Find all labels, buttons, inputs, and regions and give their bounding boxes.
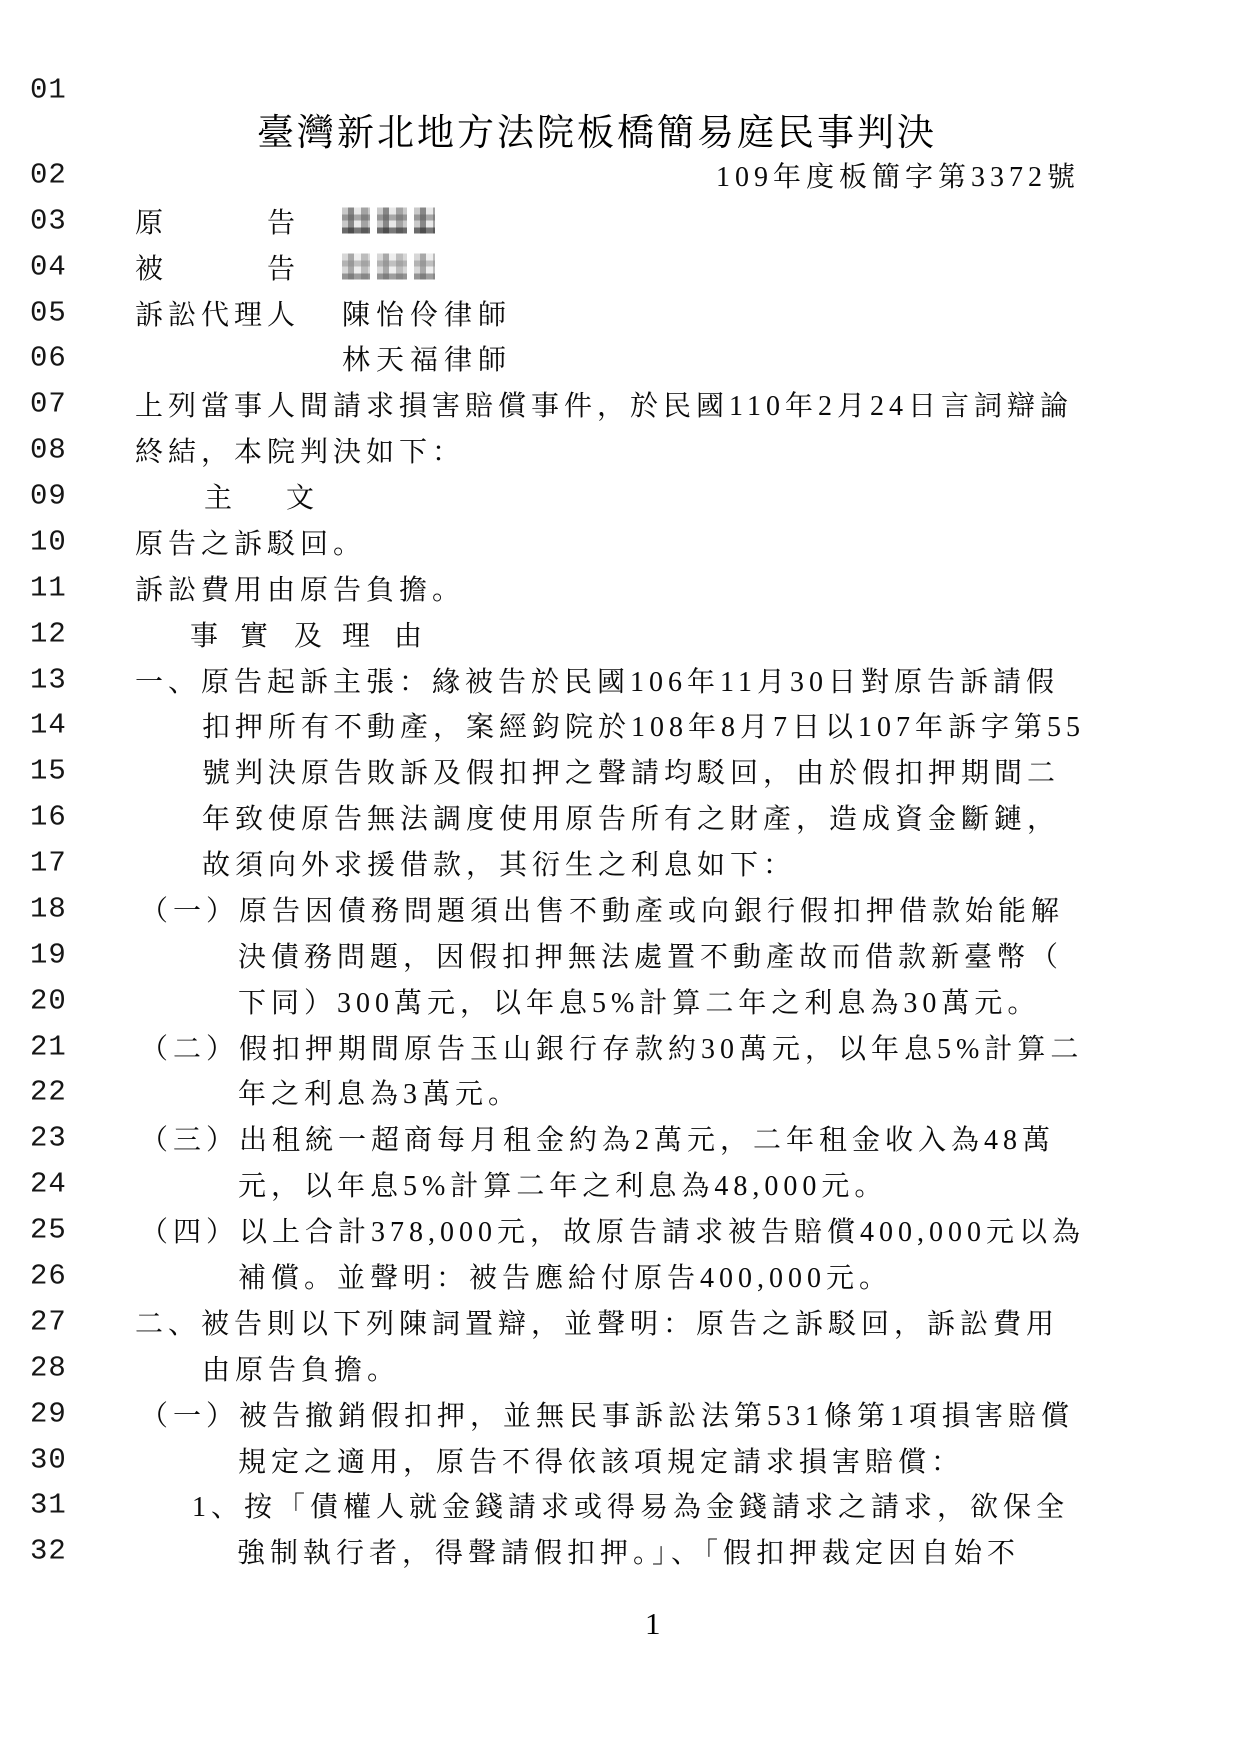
body-text: （三）出租統一超商每月租金約為2萬元，二年租金收入為48萬 <box>140 1118 1055 1158</box>
party-role-label: 訴訟代理人 <box>135 293 300 333</box>
document-line: 01臺灣新北地方法院板橋簡易庭民事判決 <box>0 106 1240 152</box>
page-number: 1 <box>645 1606 661 1642</box>
line-number: 25 <box>30 1214 67 1247</box>
body-text: 補償。並聲明：被告應給付原告400,000元。 <box>238 1256 892 1296</box>
document-line: 06林天福律師 <box>0 335 1240 381</box>
section-heading-char: 及 <box>294 614 322 654</box>
redacted-name <box>342 254 442 281</box>
body-text: 訴訟費用由原告負擔。 <box>135 568 465 608</box>
line-number: 15 <box>30 755 67 788</box>
line-number: 09 <box>30 480 67 513</box>
document-line: 30規定之適用，原告不得依該項規定請求損害賠償： <box>0 1437 1240 1483</box>
line-number: 23 <box>30 1122 67 1155</box>
document-line: 28由原告負擔。 <box>0 1345 1240 1391</box>
body-text: 決債務問題，因假扣押無法處置不動產故而借款新臺幣（ <box>238 935 1063 975</box>
party-name: 林天福律師 <box>342 338 512 378</box>
document-line: 22年之利息為3萬元。 <box>0 1069 1240 1115</box>
document-line: 311、按「債權人就金錢請求或得易為金錢請求之請求，欲保全 <box>0 1482 1240 1528</box>
line-number: 19 <box>30 939 67 972</box>
document-line: 16年致使原告無法調度使用原告所有之財產，造成資金斷鏈， <box>0 794 1240 840</box>
pixelated-block <box>414 254 435 280</box>
redacted-name <box>342 208 442 235</box>
line-number: 24 <box>30 1168 67 1201</box>
party-role-label: 原 告 <box>135 201 300 241</box>
body-text: （四）以上合計378,000元，故原告請求被告賠償400,000元以為 <box>140 1210 1085 1250</box>
document-line: 09主文 <box>0 473 1240 519</box>
document-line: 07上列當事人間請求損害賠償事件，於民國110年2月24日言詞辯論 <box>0 381 1240 427</box>
document-line: 05訴訟代理人陳怡伶律師 <box>0 290 1240 336</box>
body-text: （一）原告因債務問題須出售不動產或向銀行假扣押借款始能解 <box>140 889 1064 929</box>
line-number: 20 <box>30 985 67 1018</box>
line-number: 01 <box>30 74 67 107</box>
body-text: 由原告負擔。 <box>202 1348 400 1388</box>
body-text: 元，以年息5%計算二年之利息為48,000元。 <box>238 1164 887 1204</box>
line-number: 12 <box>30 618 67 651</box>
section-heading-char: 實 <box>240 614 268 654</box>
body-text: 規定之適用，原告不得依該項規定請求損害賠償： <box>238 1440 964 1480</box>
body-text: 終結，本院判決如下： <box>135 430 465 470</box>
document-line: 27二、被告則以下列陳詞置辯，並聲明：原告之訴駁回，訴訟費用 <box>0 1299 1240 1345</box>
line-number: 11 <box>30 572 67 605</box>
line-number: 31 <box>30 1489 67 1522</box>
line-number: 05 <box>30 297 67 330</box>
line-number: 16 <box>30 801 67 834</box>
line-number: 29 <box>30 1398 67 1431</box>
line-number: 13 <box>30 664 67 697</box>
section-heading-char: 理 <box>342 614 370 654</box>
line-number: 04 <box>30 251 67 284</box>
document-line: 11訴訟費用由原告負擔。 <box>0 565 1240 611</box>
case-number: 109年度板簡字第3372號 <box>716 155 1080 195</box>
line-number: 28 <box>30 1352 67 1385</box>
line-number: 21 <box>30 1031 67 1064</box>
section-heading-char: 事 <box>190 614 218 654</box>
line-number: 18 <box>30 893 67 926</box>
document-line: 20下同）300萬元，以年息5%計算二年之利息為30萬元。 <box>0 978 1240 1024</box>
document-line: 08終結，本院判決如下： <box>0 427 1240 473</box>
body-text: （一）被告撤銷假扣押，並無民事訴訟法第531條第1項損害賠償 <box>140 1394 1074 1434</box>
party-name: 陳怡伶律師 <box>342 293 512 333</box>
document-line: 32強制執行者，得聲請假扣押。」、「假扣押裁定因自始不 <box>0 1528 1240 1574</box>
document-line: 29（一）被告撤銷假扣押，並無民事訴訟法第531條第1項損害賠償 <box>0 1391 1240 1437</box>
document-line: 17故須向外求援借款，其衍生之利息如下： <box>0 840 1240 886</box>
document-line: 26補償。並聲明：被告應給付原告400,000元。 <box>0 1253 1240 1299</box>
document-line: 10原告之訴駁回。 <box>0 519 1240 565</box>
body-text: 二、被告則以下列陳詞置辯，並聲明：原告之訴駁回，訴訟費用 <box>135 1302 1059 1342</box>
judgment-title: 臺灣新北地方法院板橋簡易庭民事判決 <box>257 102 937 156</box>
body-text: 上列當事人間請求損害賠償事件，於民國110年2月24日言詞辯論 <box>135 384 1073 424</box>
document-line: 02109年度板簡字第3372號 <box>0 152 1240 198</box>
body-text: （二）假扣押期間原告玉山銀行存款約30萬元，以年息5%計算二 <box>140 1027 1083 1067</box>
pixelated-block <box>342 208 370 234</box>
line-number: 32 <box>30 1535 67 1568</box>
body-text: 1、按「債權人就金錢請求或得易為金錢請求之請求，欲保全 <box>192 1485 1069 1525</box>
body-text: 年致使原告無法調度使用原告所有之財產，造成資金斷鏈， <box>202 797 1060 837</box>
document-line: 21（二）假扣押期間原告玉山銀行存款約30萬元，以年息5%計算二 <box>0 1024 1240 1070</box>
body-text: 強制執行者，得聲請假扣押。」、「假扣押裁定因自始不 <box>237 1531 1020 1571</box>
body-text: 下同）300萬元，以年息5%計算二年之利息為30萬元。 <box>238 981 1040 1021</box>
section-heading-char: 文 <box>286 476 314 516</box>
party-role-label: 被 告 <box>135 247 300 287</box>
line-number: 26 <box>30 1260 67 1293</box>
line-number: 17 <box>30 847 67 880</box>
line-number: 30 <box>30 1444 67 1477</box>
pixelated-block <box>342 254 370 280</box>
body-text: 扣押所有不動產，案經鈞院於108年8月7日以107年訴字第55 <box>202 705 1085 745</box>
body-text: 一、原告起訴主張：緣被告於民國106年11月30日對原告訴請假 <box>135 660 1059 700</box>
line-number: 06 <box>30 342 67 375</box>
document-line: 25（四）以上合計378,000元，故原告請求被告賠償400,000元以為 <box>0 1207 1240 1253</box>
line-number: 08 <box>30 434 67 467</box>
body-text: 年之利息為3萬元。 <box>238 1072 521 1112</box>
document-line: 24元，以年息5%計算二年之利息為48,000元。 <box>0 1161 1240 1207</box>
line-number: 02 <box>30 159 67 192</box>
line-number: 22 <box>30 1076 67 1109</box>
line-number: 03 <box>30 205 67 238</box>
document-line: 03原 告 <box>0 198 1240 244</box>
pixelated-block <box>377 254 407 280</box>
pixelated-block <box>414 208 435 234</box>
section-heading-char: 主 <box>204 476 232 516</box>
document-line: 14扣押所有不動產，案經鈞院於108年8月7日以107年訴字第55 <box>0 702 1240 748</box>
line-number: 14 <box>30 709 67 742</box>
line-number: 07 <box>30 388 67 421</box>
section-heading-char: 由 <box>394 614 422 654</box>
line-number: 10 <box>30 526 67 559</box>
document-line: 19決債務問題，因假扣押無法處置不動產故而借款新臺幣（ <box>0 932 1240 978</box>
body-text: 號判決原告敗訴及假扣押之聲請均駁回，由於假扣押期間二 <box>202 751 1060 791</box>
pixelated-block <box>377 208 407 234</box>
document-line: 04被 告 <box>0 244 1240 290</box>
line-number: 27 <box>30 1306 67 1339</box>
document-line: 18（一）原告因債務問題須出售不動產或向銀行假扣押借款始能解 <box>0 886 1240 932</box>
document-line: 23（三）出租統一超商每月租金約為2萬元，二年租金收入為48萬 <box>0 1115 1240 1161</box>
body-text: 故須向外求援借款，其衍生之利息如下： <box>202 843 796 883</box>
document-line: 12事實及理由 <box>0 611 1240 657</box>
judgment-document-page: 1 01臺灣新北地方法院板橋簡易庭民事判決02109年度板簡字第3372號03原… <box>0 0 1240 1754</box>
document-line: 15號判決原告敗訴及假扣押之聲請均駁回，由於假扣押期間二 <box>0 748 1240 794</box>
document-line: 13一、原告起訴主張：緣被告於民國106年11月30日對原告訴請假 <box>0 657 1240 703</box>
body-text: 原告之訴駁回。 <box>135 522 366 562</box>
